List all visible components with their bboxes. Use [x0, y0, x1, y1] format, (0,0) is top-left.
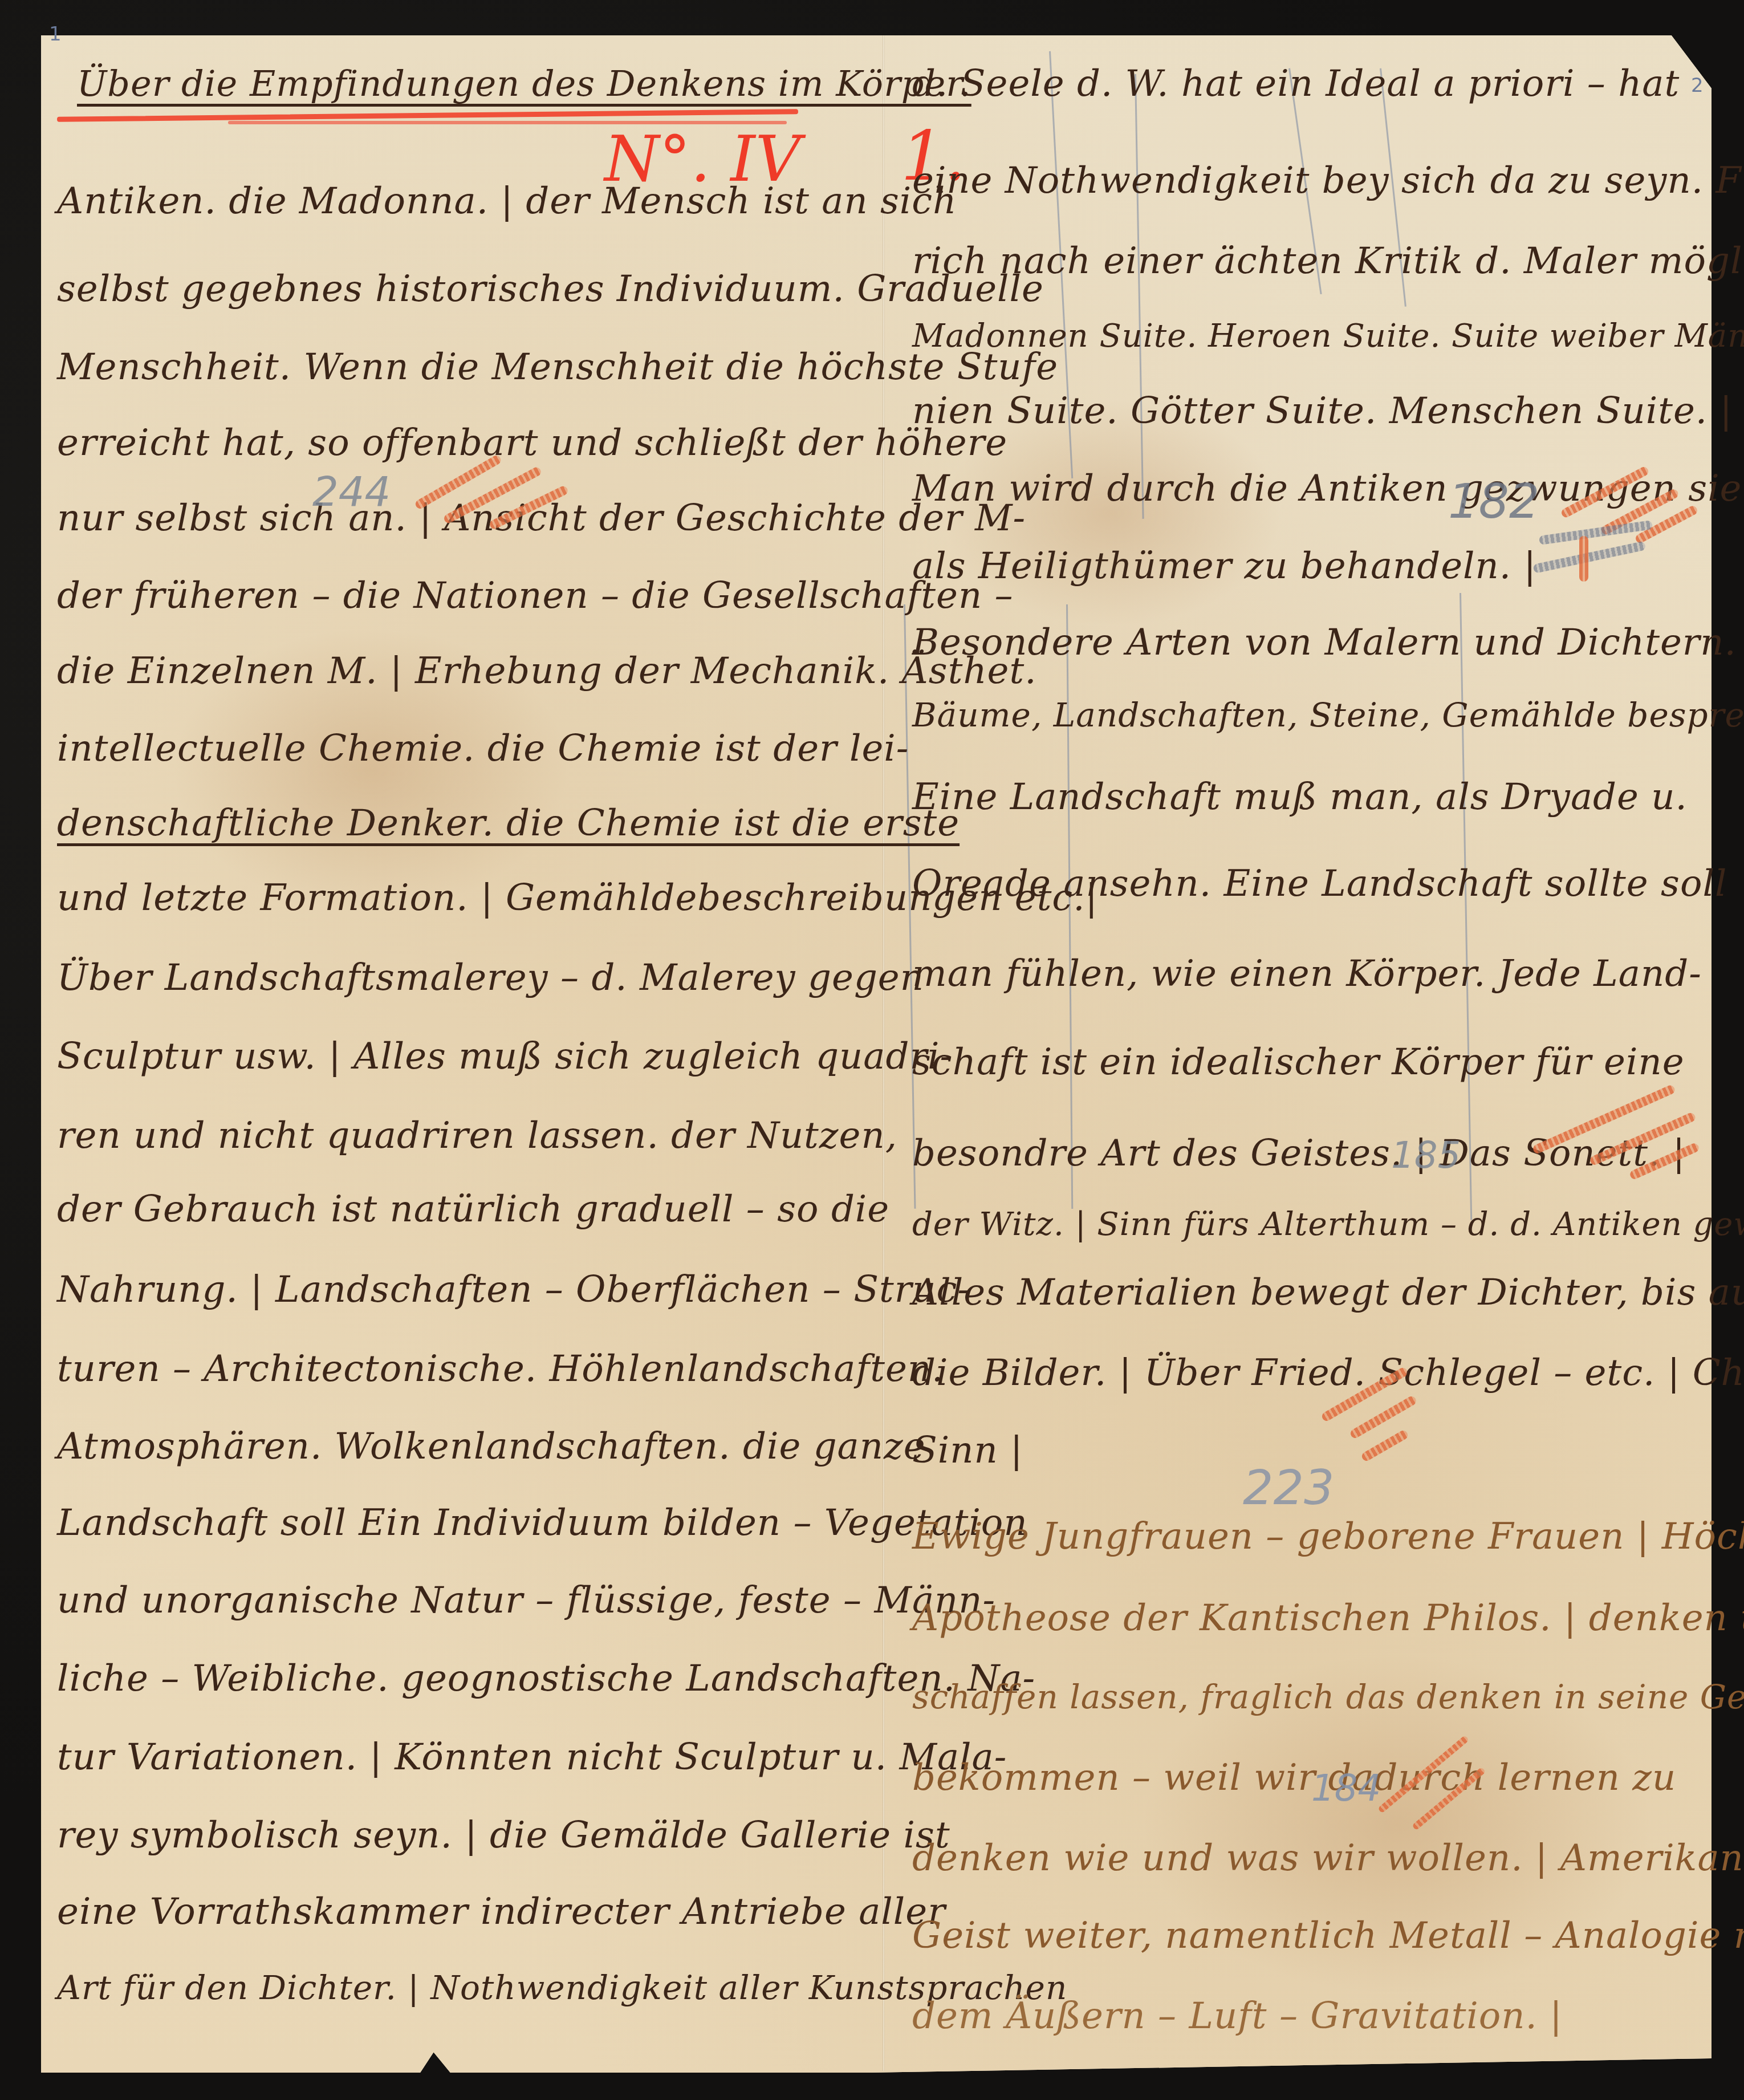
left-line: eine Vorrathskammer indirecter Antriebe …: [57, 1891, 946, 1933]
left-line: der früheren – die Nationen – die Gesell…: [57, 575, 1014, 617]
left-line: die Einzelnen M. | Erhebung der Mechanik…: [57, 650, 1037, 692]
corner-number-left: 1: [49, 23, 62, 46]
left-line: Sculptur usw. | Alles muß sich zugleich …: [57, 1035, 953, 1078]
document-title: Über die Empfindungen des Denkens im Kör…: [77, 63, 971, 104]
right-line: Alles Materialien bewegt der Dichter, bi…: [912, 1272, 1744, 1314]
right-line: nien Suite. Götter Suite. Menschen Suite…: [912, 390, 1733, 432]
left-line: turen – Architectonische. Höhlenlandscha…: [57, 1348, 944, 1390]
right-line: dem Äußern – Luft – Gravitation. |: [912, 1995, 1563, 2037]
left-line: Atmosphären. Wolkenlandschaften. die gan…: [57, 1425, 926, 1468]
left-line: Landschaft soll Ein Individuum bilden – …: [57, 1502, 1028, 1544]
left-line: intellectuelle Chemie. die Chemie ist de…: [57, 728, 909, 770]
right-line: die Bilder. | Über Fried. Schlegel – etc…: [912, 1352, 1744, 1394]
right-line: als Heiligthümer zu behandeln. |: [912, 545, 1536, 587]
pencil-number-223: 223: [1243, 1460, 1334, 1516]
pencil-number-182: 182: [1448, 473, 1539, 529]
right-line: Eine Landschaft muß man, als Dryade u.: [912, 776, 1688, 818]
right-line: bekommen – weil wir dadurch lernen zu: [912, 1757, 1676, 1799]
left-line: der Gebrauch ist natürlich graduell – so…: [57, 1188, 889, 1230]
right-line: Apotheose der Kantischen Philos. | denke…: [912, 1597, 1744, 1639]
left-line: Menschheit. Wenn die Menschheit die höch…: [57, 346, 1058, 388]
red-crayon-mark: [1579, 536, 1588, 582]
right-line: denken wie und was wir wollen. | Amerika…: [912, 1837, 1744, 1879]
right-line: Oreade ansehn. Eine Landschaft sollte so…: [912, 863, 1727, 905]
right-line: Madonnen Suite. Heroen Suite. Suite weib…: [912, 318, 1744, 355]
corner-number-right: 2: [1691, 74, 1704, 97]
left-line: Nahrung. | Landschaften – Oberflächen – …: [57, 1269, 970, 1311]
left-line: Über Landschaftsmalerey – d. Malerey geg…: [57, 957, 924, 999]
right-line: schaffen lassen, fraglich das denken in …: [912, 1677, 1744, 1716]
right-line: Sinn |: [912, 1429, 1023, 1472]
right-line: Geist weiter, namentlich Metall – Analog…: [912, 1915, 1744, 1957]
right-line: man fühlen, wie einen Körper. Jede Land-: [912, 953, 1702, 995]
pencil-number-244: 244: [312, 468, 391, 515]
right-line: Ewige Jungfrauen – geborene Frauen | Höc…: [912, 1516, 1744, 1558]
left-line: selbst gegebnes historisches Individuum.…: [57, 268, 1044, 310]
pencil-number-184: 184: [1311, 1768, 1381, 1810]
right-line: Besondere Arten von Malern und Dichtern.…: [912, 622, 1744, 664]
left-line: und unorganische Natur – flüssige, feste…: [57, 1579, 995, 1622]
left-line: rey symbolisch seyn. | die Gemälde Galle…: [57, 1814, 950, 1857]
left-line: tur Variationen. | Könnten nicht Sculptu…: [57, 1736, 1007, 1778]
left-line: liche – Weibliche. geognostische Landsch…: [57, 1658, 1035, 1700]
left-line: ren und nicht quadriren lassen. der Nutz…: [57, 1115, 897, 1157]
right-line: eine Nothwendigkeit bey sich da zu seyn.…: [912, 160, 1744, 202]
right-line: rich nach einer ächten Kritik d. Maler m…: [912, 240, 1744, 282]
left-line: Antiken. die Madonna. | der Mensch ist a…: [57, 180, 957, 222]
right-line: Bäume, Landschaften, Steine, Gemählde be…: [912, 696, 1744, 734]
left-line: denschaftliche Denker. die Chemie ist di…: [57, 802, 960, 844]
right-line: der Witz. | Sinn fürs Alterthum – d. d. …: [912, 1206, 1744, 1243]
right-line: schaft ist ein idealischer Körper für ei…: [912, 1041, 1685, 1083]
right-line: d. Seele d. W. hat ein Ideal a priori – …: [912, 63, 1680, 105]
left-line: erreicht hat, so offenbart und schließt …: [57, 422, 1007, 464]
pencil-number-185: 185: [1391, 1135, 1461, 1177]
